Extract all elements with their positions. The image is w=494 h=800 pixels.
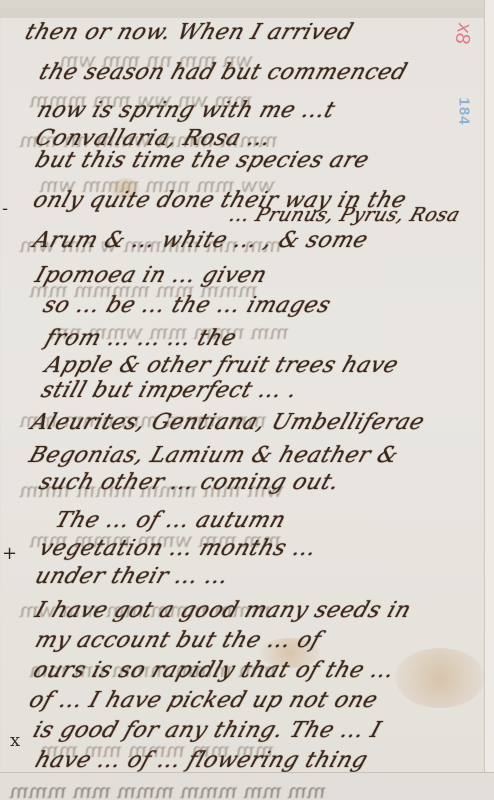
margin-mark: +	[2, 543, 17, 564]
underlying-sheet-edge: mm mm mmm mmm mm mmm	[0, 772, 494, 800]
manuscript-line: such other ... coming out.	[36, 470, 343, 495]
manuscript-line: Ipomoea in ... given	[32, 263, 270, 288]
margin-mark: -	[2, 198, 8, 219]
manuscript-line: Arum & ... white ... , & some	[30, 228, 371, 253]
manuscript-line: Aleurites, Gentiana, Umbelliferae	[28, 410, 428, 435]
margin-mark: x	[10, 730, 20, 751]
manuscript-line: I have got a good many seeds in	[32, 598, 414, 623]
manuscript-line: Begonias, Lamium & heather &	[26, 443, 402, 468]
red-pencil-folio-mark: x8	[449, 21, 475, 46]
manuscript-line: but this time the species are	[32, 148, 373, 173]
manuscript-line: from ... ... ... the	[42, 326, 240, 351]
underlying-sheet-text: mm mm mmm mmm mm mmm	[6, 779, 330, 800]
manuscript-line: so ... be ... the ... images	[40, 293, 334, 318]
blue-folio-stamp: 184	[456, 97, 473, 125]
manuscript-line: of ... I have picked up not one	[26, 688, 381, 713]
manuscript-page: wn mm nn mm wm mm wn ww mm mmm mmm mmm w…	[0, 8, 484, 783]
manuscript-line: Apple & other fruit trees have	[42, 353, 402, 378]
page-top-edge	[0, 8, 484, 18]
manuscript-line: ... Prunus, Pyrus, Rosa	[226, 204, 463, 226]
manuscript-line: vegetation ... months ...	[36, 536, 320, 561]
manuscript-line: ours is so rapidly that of the ...	[30, 658, 398, 683]
manuscript-line: The ... of ... autumn	[52, 508, 289, 533]
scan-background-strip	[484, 0, 494, 800]
manuscript-line: under their ... ...	[32, 564, 232, 589]
manuscript-line: now is spring with me ...t	[34, 98, 338, 123]
manuscript-line: the season had but commenced	[36, 60, 411, 85]
manuscript-line: then or now. When I arrived	[22, 20, 357, 45]
manuscript-line: have ... of ... flowering thing	[32, 748, 371, 773]
manuscript-line: is good for any thing. The ... I	[30, 718, 385, 743]
foxing-stain	[395, 648, 485, 708]
manuscript-line: my account but the ... of	[32, 628, 325, 653]
manuscript-line: still but imperfect ... .	[38, 378, 301, 403]
